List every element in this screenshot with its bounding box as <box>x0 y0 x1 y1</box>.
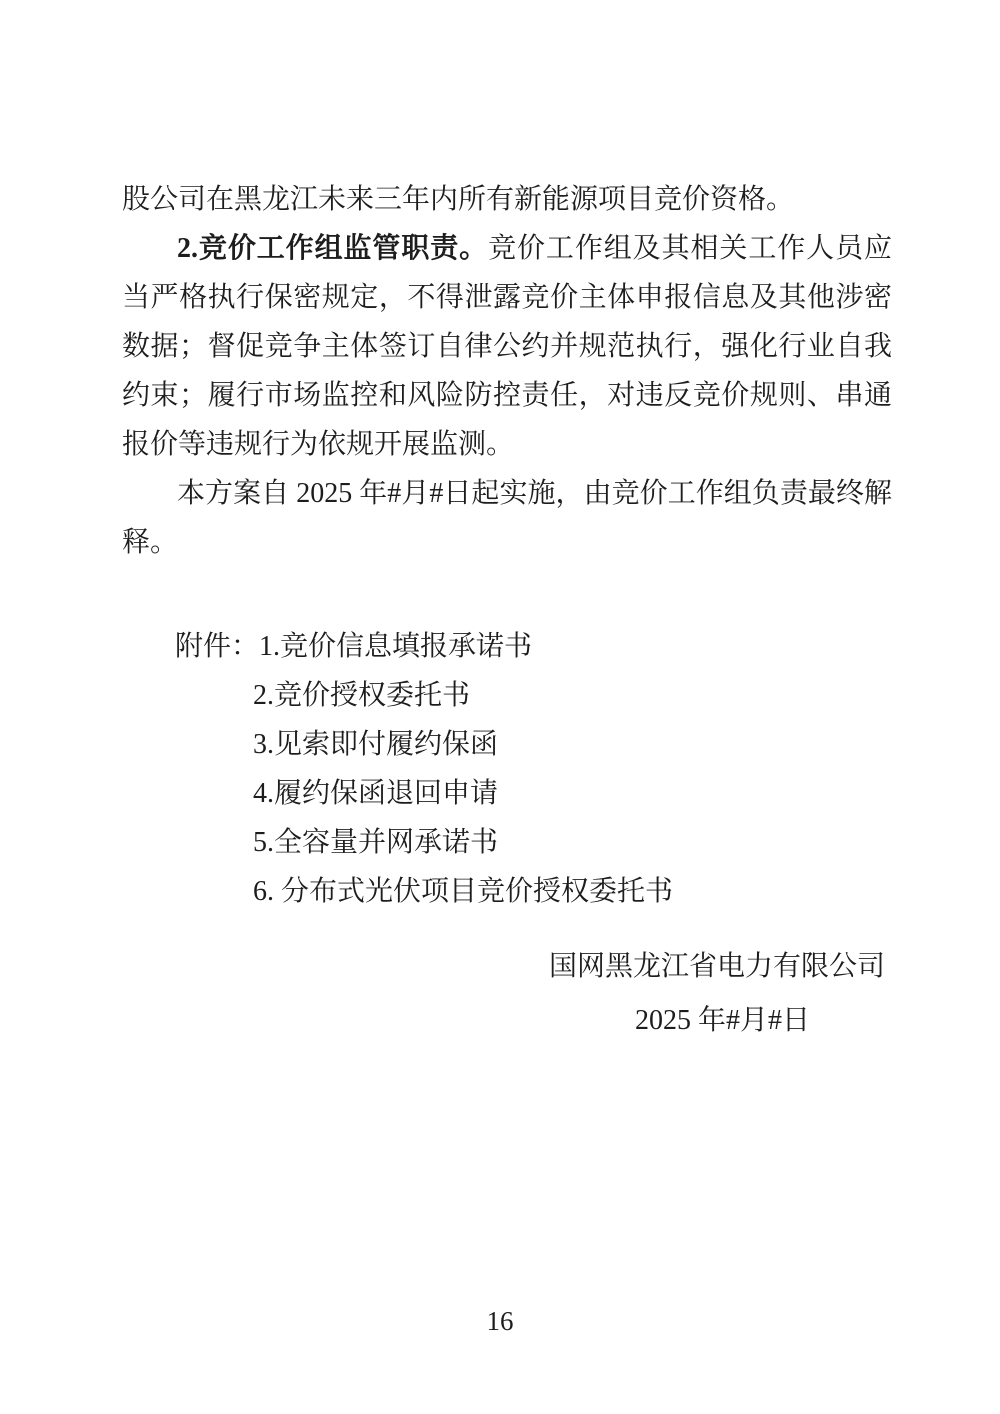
attachment-item-6: 6. 分布式光伏项目竞价授权委托书 <box>253 876 673 907</box>
attachment-row: 5.全容量并网承诺书 <box>122 818 892 867</box>
paragraph-supervision-duty-text: 竞价工作组及其相关工作人员应当严格执行保密规定，不得泄露竞价主体申报信息及其他涉… <box>122 233 892 460</box>
attachment-row: 4.履约保函退回申请 <box>122 769 892 818</box>
attachment-row: 6. 分布式光伏项目竞价授权委托书 <box>122 867 892 916</box>
paragraph-continuation-text: 股公司在黑龙江未来三年内所有新能源项目竞价资格。 <box>122 184 794 215</box>
signature-date: 2025 年#月#日 <box>635 996 892 1045</box>
attachment-item-4: 4.履约保函退回申请 <box>253 778 498 809</box>
attachment-item-3: 3.见索即付履约保函 <box>253 729 498 760</box>
section-heading-bold: 2.竞价工作组监管职责。 <box>177 233 488 264</box>
attachment-item-1: 1.竞价信息填报承诺书 <box>259 631 532 662</box>
page-number: 16 <box>0 1297 1000 1346</box>
document-page: 股公司在黑龙江未来三年内所有新能源项目竞价资格。 2.竞价工作组监管职责。竞价工… <box>0 0 1000 1414</box>
attachment-row: 2.竞价授权委托书 <box>122 671 892 720</box>
paragraph-continuation: 股公司在黑龙江未来三年内所有新能源项目竞价资格。 <box>122 175 892 224</box>
attachments-label: 附件： <box>175 631 259 662</box>
paragraph-effective-date: 本方案自 2025 年#月#日起实施，由竞价工作组负责最终解释。 <box>122 469 892 567</box>
signature-organization: 国网黑龙江省电力有限公司 <box>549 942 892 991</box>
paragraph-effective-date-text: 本方案自 2025 年#月#日起实施，由竞价工作组负责最终解释。 <box>122 478 892 558</box>
attachment-row: 附件：1.竞价信息填报承诺书 <box>122 622 892 671</box>
document-content: 股公司在黑龙江未来三年内所有新能源项目竞价资格。 2.竞价工作组监管职责。竞价工… <box>122 175 892 1045</box>
attachments-list: 附件：1.竞价信息填报承诺书 2.竞价授权委托书 3.见索即付履约保函 4.履约… <box>122 622 892 916</box>
paragraph-supervision-duty: 2.竞价工作组监管职责。竞价工作组及其相关工作人员应当严格执行保密规定，不得泄露… <box>122 224 892 469</box>
attachment-item-2: 2.竞价授权委托书 <box>253 680 470 711</box>
signature-block: 国网黑龙江省电力有限公司 2025 年#月#日 <box>122 942 892 1045</box>
attachment-row: 3.见索即付履约保函 <box>122 720 892 769</box>
attachment-item-5: 5.全容量并网承诺书 <box>253 827 498 858</box>
